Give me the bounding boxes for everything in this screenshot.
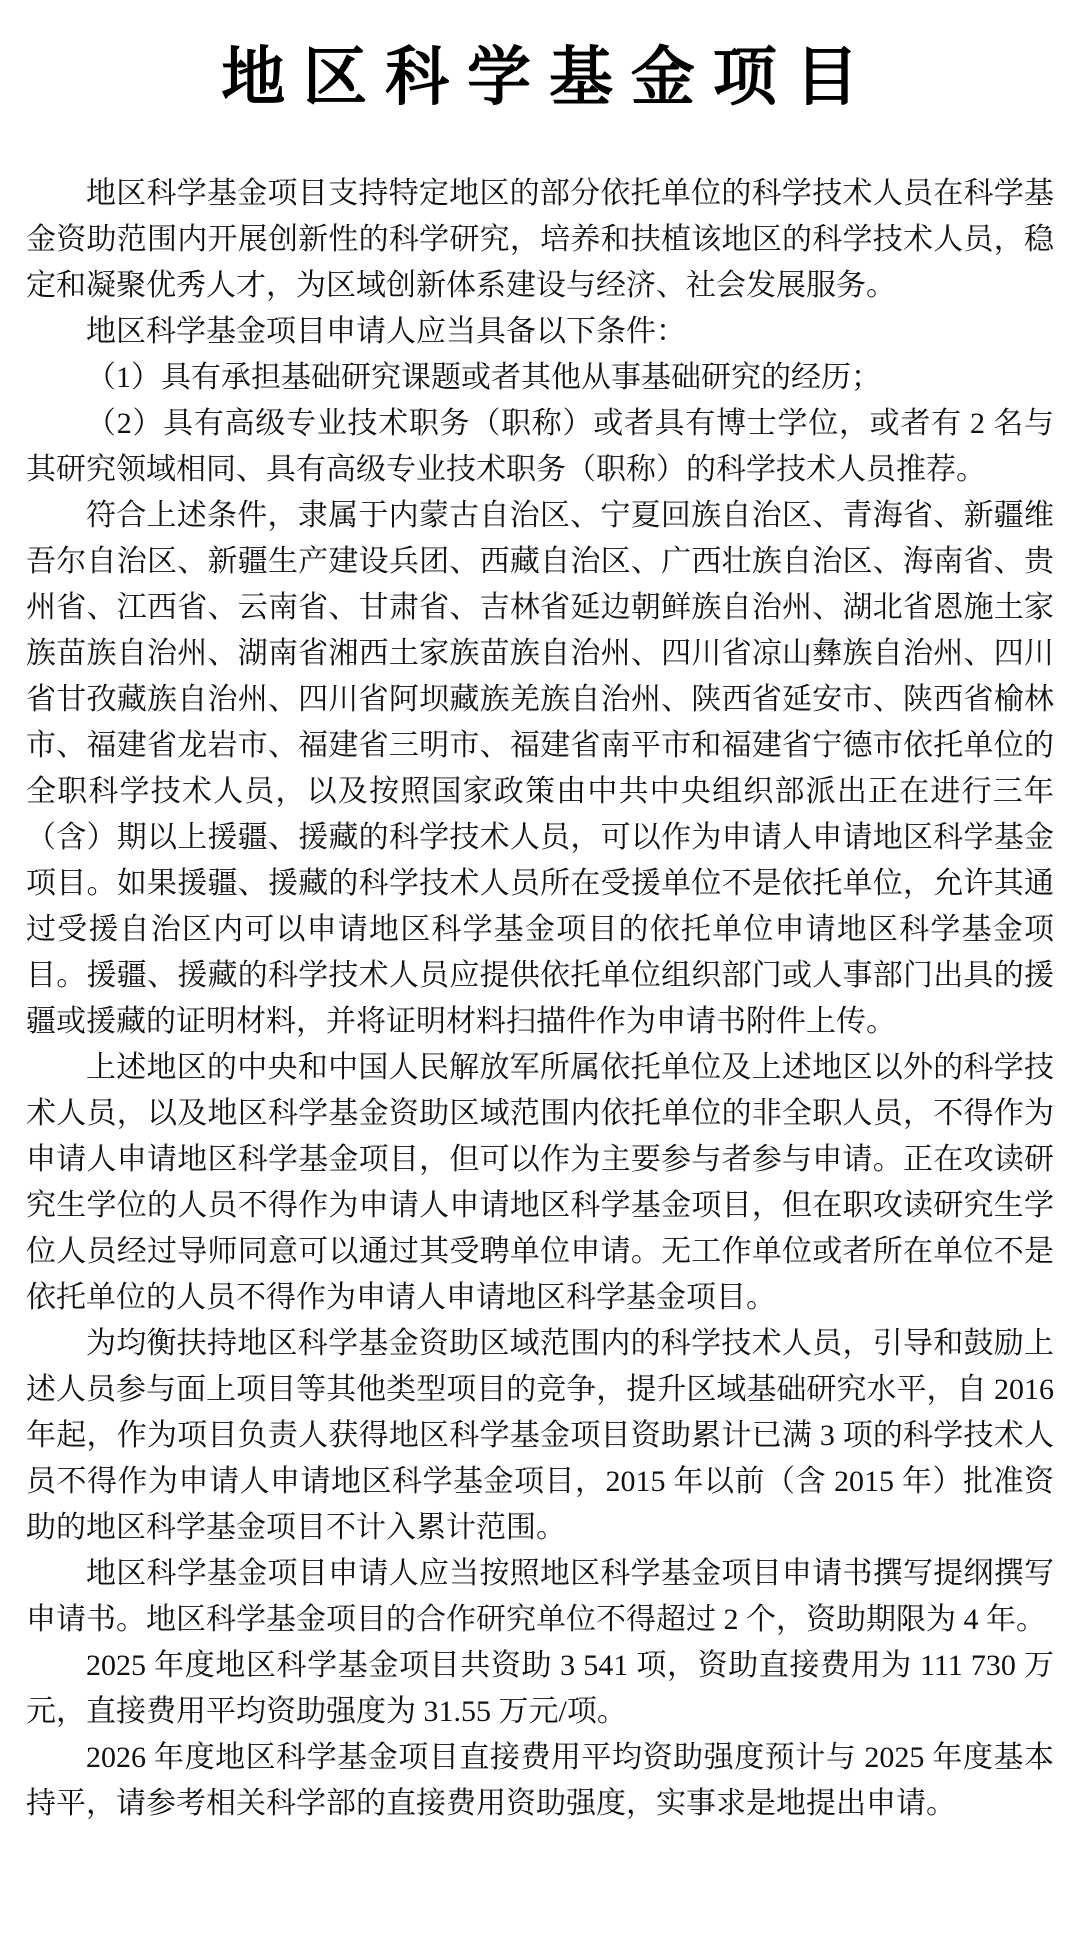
paragraph-2026-funding: 2026 年度地区科学基金项目直接费用平均资助强度预计与 2025 年度基本持平… [26,1735,1054,1827]
paragraph-2025-funding: 2025 年度地区科学基金项目共资助 3 541 项，资助直接费用为 111 7… [26,1643,1054,1735]
paragraph-condition-1: （1）具有承担基础研究课题或者其他从事基础研究的经历； [26,355,1054,401]
paragraph-applicant-conditions-intro: 地区科学基金项目申请人应当具备以下条件： [26,309,1054,355]
document-title: 地区科学基金项目 [26,40,1054,117]
paragraph-eligible-regions: 符合上述条件，隶属于内蒙古自治区、宁夏回族自治区、青海省、新疆维吾尔自治区、新疆… [26,493,1054,1045]
paragraph-restrictions: 上述地区的中央和中国人民解放军所属依托单位及上述地区以外的科学技术人员，以及地区… [26,1045,1054,1321]
paragraph-overview: 地区科学基金项目支持特定地区的部分依托单位的科学技术人员在科学基金资助范围内开展… [26,171,1054,309]
document-page: 地区科学基金项目 地区科学基金项目支持特定地区的部分依托单位的科学技术人员在科学… [0,0,1080,1939]
paragraph-application-writing: 地区科学基金项目申请人应当按照地区科学基金项目申请书撰写提纲撰写申请书。地区科学… [26,1551,1054,1643]
paragraph-grant-limit: 为均衡扶持地区科学基金资助区域范围内的科学技术人员，引导和鼓励上述人员参与面上项… [26,1321,1054,1551]
document-body: 地区科学基金项目支持特定地区的部分依托单位的科学技术人员在科学基金资助范围内开展… [26,171,1054,1827]
paragraph-condition-2: （2）具有高级专业技术职务（职称）或者具有博士学位，或者有 2 名与其研究领域相… [26,401,1054,493]
